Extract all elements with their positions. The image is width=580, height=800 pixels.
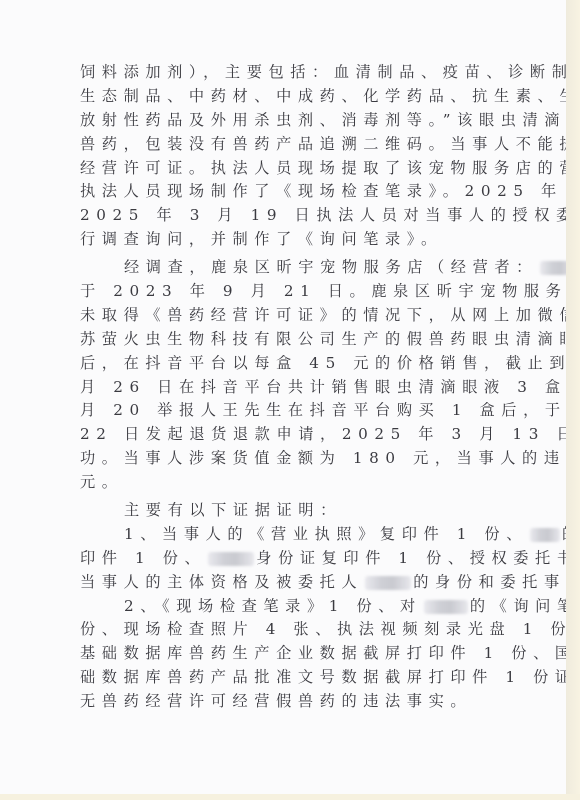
text-segment: 1、当事人的《营业执照》复印件 1 份、: [124, 525, 528, 543]
evidence-item-1: 1、当事人的《营业执照》复印件 1 份、的身份证复 印件 1 份、身份证复印件 …: [80, 523, 476, 595]
text-line: 苏萤火虫生物科技有限公司生产的假兽药眼虫清滴眼液 4 盒: [80, 328, 476, 352]
redacted-name: [530, 528, 560, 542]
text-line: 22 日发起退货退款申请，2025 年 3 月 13 日，举报人退货成: [80, 423, 476, 447]
scan-edge-bottom: [0, 794, 580, 800]
text-segment: 当事人的主体资格及被委托人: [80, 573, 363, 591]
text-line: 当事人的主体资格及被委托人的身份和委托事项。: [80, 571, 476, 595]
text-line: 行调查询问，并制作了《询问笔录》。: [80, 228, 476, 252]
text-line: 功。当事人涉案货值金额为 180 元，当事人的违法所得为 90: [80, 447, 476, 471]
text-line: 执法人员现场制作了《现场检查笔录》。2025 年 3 月 6 日，: [80, 180, 476, 204]
text-line: 兽药，包装没有兽药产品追溯二维码。当事人不能提供兽药: [80, 133, 476, 157]
text-line: 后，在抖音平台以每盒 45 元的价格销售，截止到 2025 年 2: [80, 352, 476, 376]
text-segment: 于 2023 年 9 月 21 日。鹿泉区昕宇宠物服务店经营者: [80, 282, 580, 300]
text-segment: 的《询问笔录》2: [470, 597, 580, 615]
text-segment: 经调查，鹿泉区昕宇宠物服务店（经营者：: [124, 258, 538, 276]
document-body: 饲料添加剂），主要包括：血清制品、疫苗、诊断制品、微 生态制品、中药材、中成药、…: [80, 61, 476, 714]
text-line: 放射性药品及外用杀虫剂、消毒剂等。”该眼虫清滴眼液是: [80, 109, 476, 133]
paragraph-continuation: 饲料添加剂），主要包括：血清制品、疫苗、诊断制品、微 生态制品、中药材、中成药、…: [80, 61, 476, 252]
text-line: 份、现场检查照片 4 张、执法视频刻录光盘 1 份、国家兽药: [80, 618, 476, 642]
redacted-name: [365, 576, 411, 590]
text-segment: 的身份和委托事项。: [413, 573, 580, 591]
text-line: 元。: [80, 471, 476, 495]
text-segment: 身份证复印件 1 份、授权委托书 1 份证明: [256, 549, 580, 567]
redacted-name: [208, 552, 254, 566]
scan-edge-right: [566, 0, 580, 800]
paragraph-investigation: 经调查，鹿泉区昕宇宠物服务店（经营者：）注册 于 2023 年 9 月 21 日…: [80, 256, 476, 495]
text-line: 印件 1 份、身份证复印件 1 份、授权委托书 1 份证明: [80, 547, 476, 571]
text-line: 2025 年 3 月 19 日执法人员对当事人的授权委托人进: [80, 204, 476, 228]
text-line: 1、当事人的《营业执照》复印件 1 份、的身份证复: [80, 523, 476, 547]
text-line: 2、《现场检查笔录》1 份、对的《询问笔录》2: [80, 595, 476, 619]
text-line: 饲料添加剂），主要包括：血清制品、疫苗、诊断制品、微: [80, 61, 476, 85]
text-line: 经营许可证。执法人员现场提取了该宠物服务店的营业执照。: [80, 157, 476, 181]
redacted-name: [424, 600, 468, 614]
scanned-page: 饲料添加剂），主要包括：血清制品、疫苗、诊断制品、微 生态制品、中药材、中成药、…: [0, 0, 566, 794]
evidence-heading: 主要有以下证据证明：: [80, 499, 476, 523]
text-line: 经调查，鹿泉区昕宇宠物服务店（经营者：）注册: [80, 256, 476, 280]
text-line: 基础数据库兽药生产企业数据截屏打印件 1 份、国家兽药基: [80, 642, 476, 666]
text-line: 于 2023 年 9 月 21 日。鹿泉区昕宇宠物服务店经营者在: [80, 280, 476, 304]
text-segment: 2、《现场检查笔录》1 份、对: [124, 597, 422, 615]
text-line: 无兽药经营许可经营假兽药的违法事实。: [80, 690, 476, 714]
text-line: 月 20 举报人王先生在抖音平台购买 1 盒后，于 2025 年 2 月: [80, 399, 476, 423]
text-line: 生态制品、中药材、中成药、化学药品、抗生素、生化药品、: [80, 85, 476, 109]
text-line: 未取得《兽药经营许可证》的情况下，从网上加微信购买江: [80, 304, 476, 328]
text-segment: 2025 年 3 月 19 日执法人员对当事人的授权委托人: [80, 206, 580, 224]
text-line: 础数据库兽药产品批准文号数据截屏打印件 1 份证明当事人: [80, 666, 476, 690]
text-segment: 印件 1 份、: [80, 549, 206, 567]
evidence-item-2: 2、《现场检查笔录》1 份、对的《询问笔录》2 份、现场检查照片 4 张、执法视…: [80, 595, 476, 714]
text-line: 月 26 日在抖音平台共计销售眼虫清滴眼液 3 盒。2025 年 2: [80, 376, 476, 400]
